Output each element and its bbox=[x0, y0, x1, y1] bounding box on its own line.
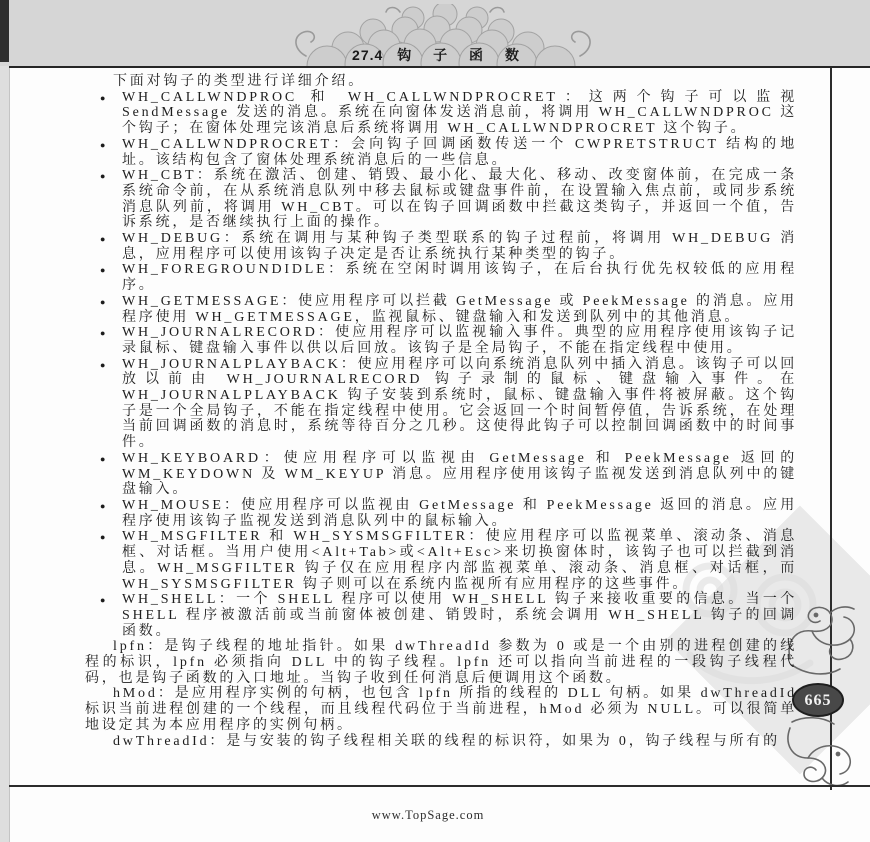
section-number: 27.4 bbox=[352, 47, 383, 63]
footer-rule bbox=[9, 785, 870, 787]
footer-url: www.TopSage.com bbox=[0, 808, 856, 823]
hook-list-item: WH_CALLWNDPROCRET：会向钩子回调函数传送一个 CWPRETSTR… bbox=[85, 137, 797, 168]
header-rule bbox=[9, 66, 870, 68]
hook-type-list: WH_CALLWNDPROC 和 WH_CALLWNDPROCRET：这两个钩子… bbox=[85, 90, 797, 640]
page-left-margin bbox=[0, 66, 10, 842]
section-title: 钩 子 函 数 bbox=[397, 47, 528, 63]
hook-list-item: WH_JOURNALPLAYBACK：使应用程序可以向系统消息队列中插入消息。该… bbox=[85, 357, 797, 451]
hook-list-item: WH_KEYBOARD：使应用程序可以监视由 GetMessage 和 Peek… bbox=[85, 451, 797, 498]
right-margin-rule bbox=[830, 68, 832, 790]
hook-list-item: WH_CALLWNDPROC 和 WH_CALLWNDPROCRET：这两个钩子… bbox=[85, 90, 797, 137]
hook-list-item: WH_SHELL：一个 SHELL 程序可以使用 WH_SHELL 钩子来接收重… bbox=[85, 592, 797, 639]
hook-list-item: WH_MOUSE：使应用程序可以监视由 GetMessage 和 PeekMes… bbox=[85, 498, 797, 529]
page-number-badge: 665 bbox=[792, 683, 844, 717]
paragraph-dwthreadid: dwThreadId：是与安装的钩子线程相关联的线程的标识符，如果为 0，钩子线… bbox=[85, 734, 797, 750]
hook-list-item: WH_GETMESSAGE：使应用程序可以拦截 GetMessage 或 Pee… bbox=[85, 294, 797, 325]
hook-list-item: WH_JOURNALRECORD：使应用程序可以监视输入事件。典型的应用程序使用… bbox=[85, 325, 797, 356]
main-text-block: 下面对钩子的类型进行详细介绍。 WH_CALLWNDPROC 和 WH_CALL… bbox=[85, 74, 797, 749]
scan-edge-strip bbox=[0, 0, 9, 62]
header-band: 27.4钩 子 函 数 bbox=[0, 0, 870, 66]
paragraph-lpfn: lpfn：是钩子线程的地址指针。如果 dwThreadId 参数为 0 或是一个… bbox=[85, 639, 797, 686]
scanned-book-page: 27.4钩 子 函 数 665 bbox=[0, 0, 870, 842]
page-header-title: 27.4钩 子 函 数 bbox=[290, 45, 590, 65]
paragraph-hmod: hMod：是应用程序实例的句柄，也包含 lpfn 所指的线程的 DLL 句柄。如… bbox=[85, 686, 797, 733]
hook-list-item: WH_MSGFILTER 和 WH_SYSMSGFILTER：使应用程序可以监视… bbox=[85, 529, 797, 592]
hook-list-item: WH_DEBUG：系统在调用与某种钩子类型联系的钩子过程前，将调用 WH_DEB… bbox=[85, 231, 797, 262]
hook-list-item: WH_CBT：系统在激活、创建、销毁、最小化、最大化、移动、改变窗体前，在完成一… bbox=[85, 168, 797, 231]
hook-list-item: WH_FOREGROUNDIDLE：系统在空闲时调用该钩子，在后台执行优先权较低… bbox=[85, 262, 797, 293]
intro-line: 下面对钩子的类型进行详细介绍。 bbox=[85, 74, 797, 90]
